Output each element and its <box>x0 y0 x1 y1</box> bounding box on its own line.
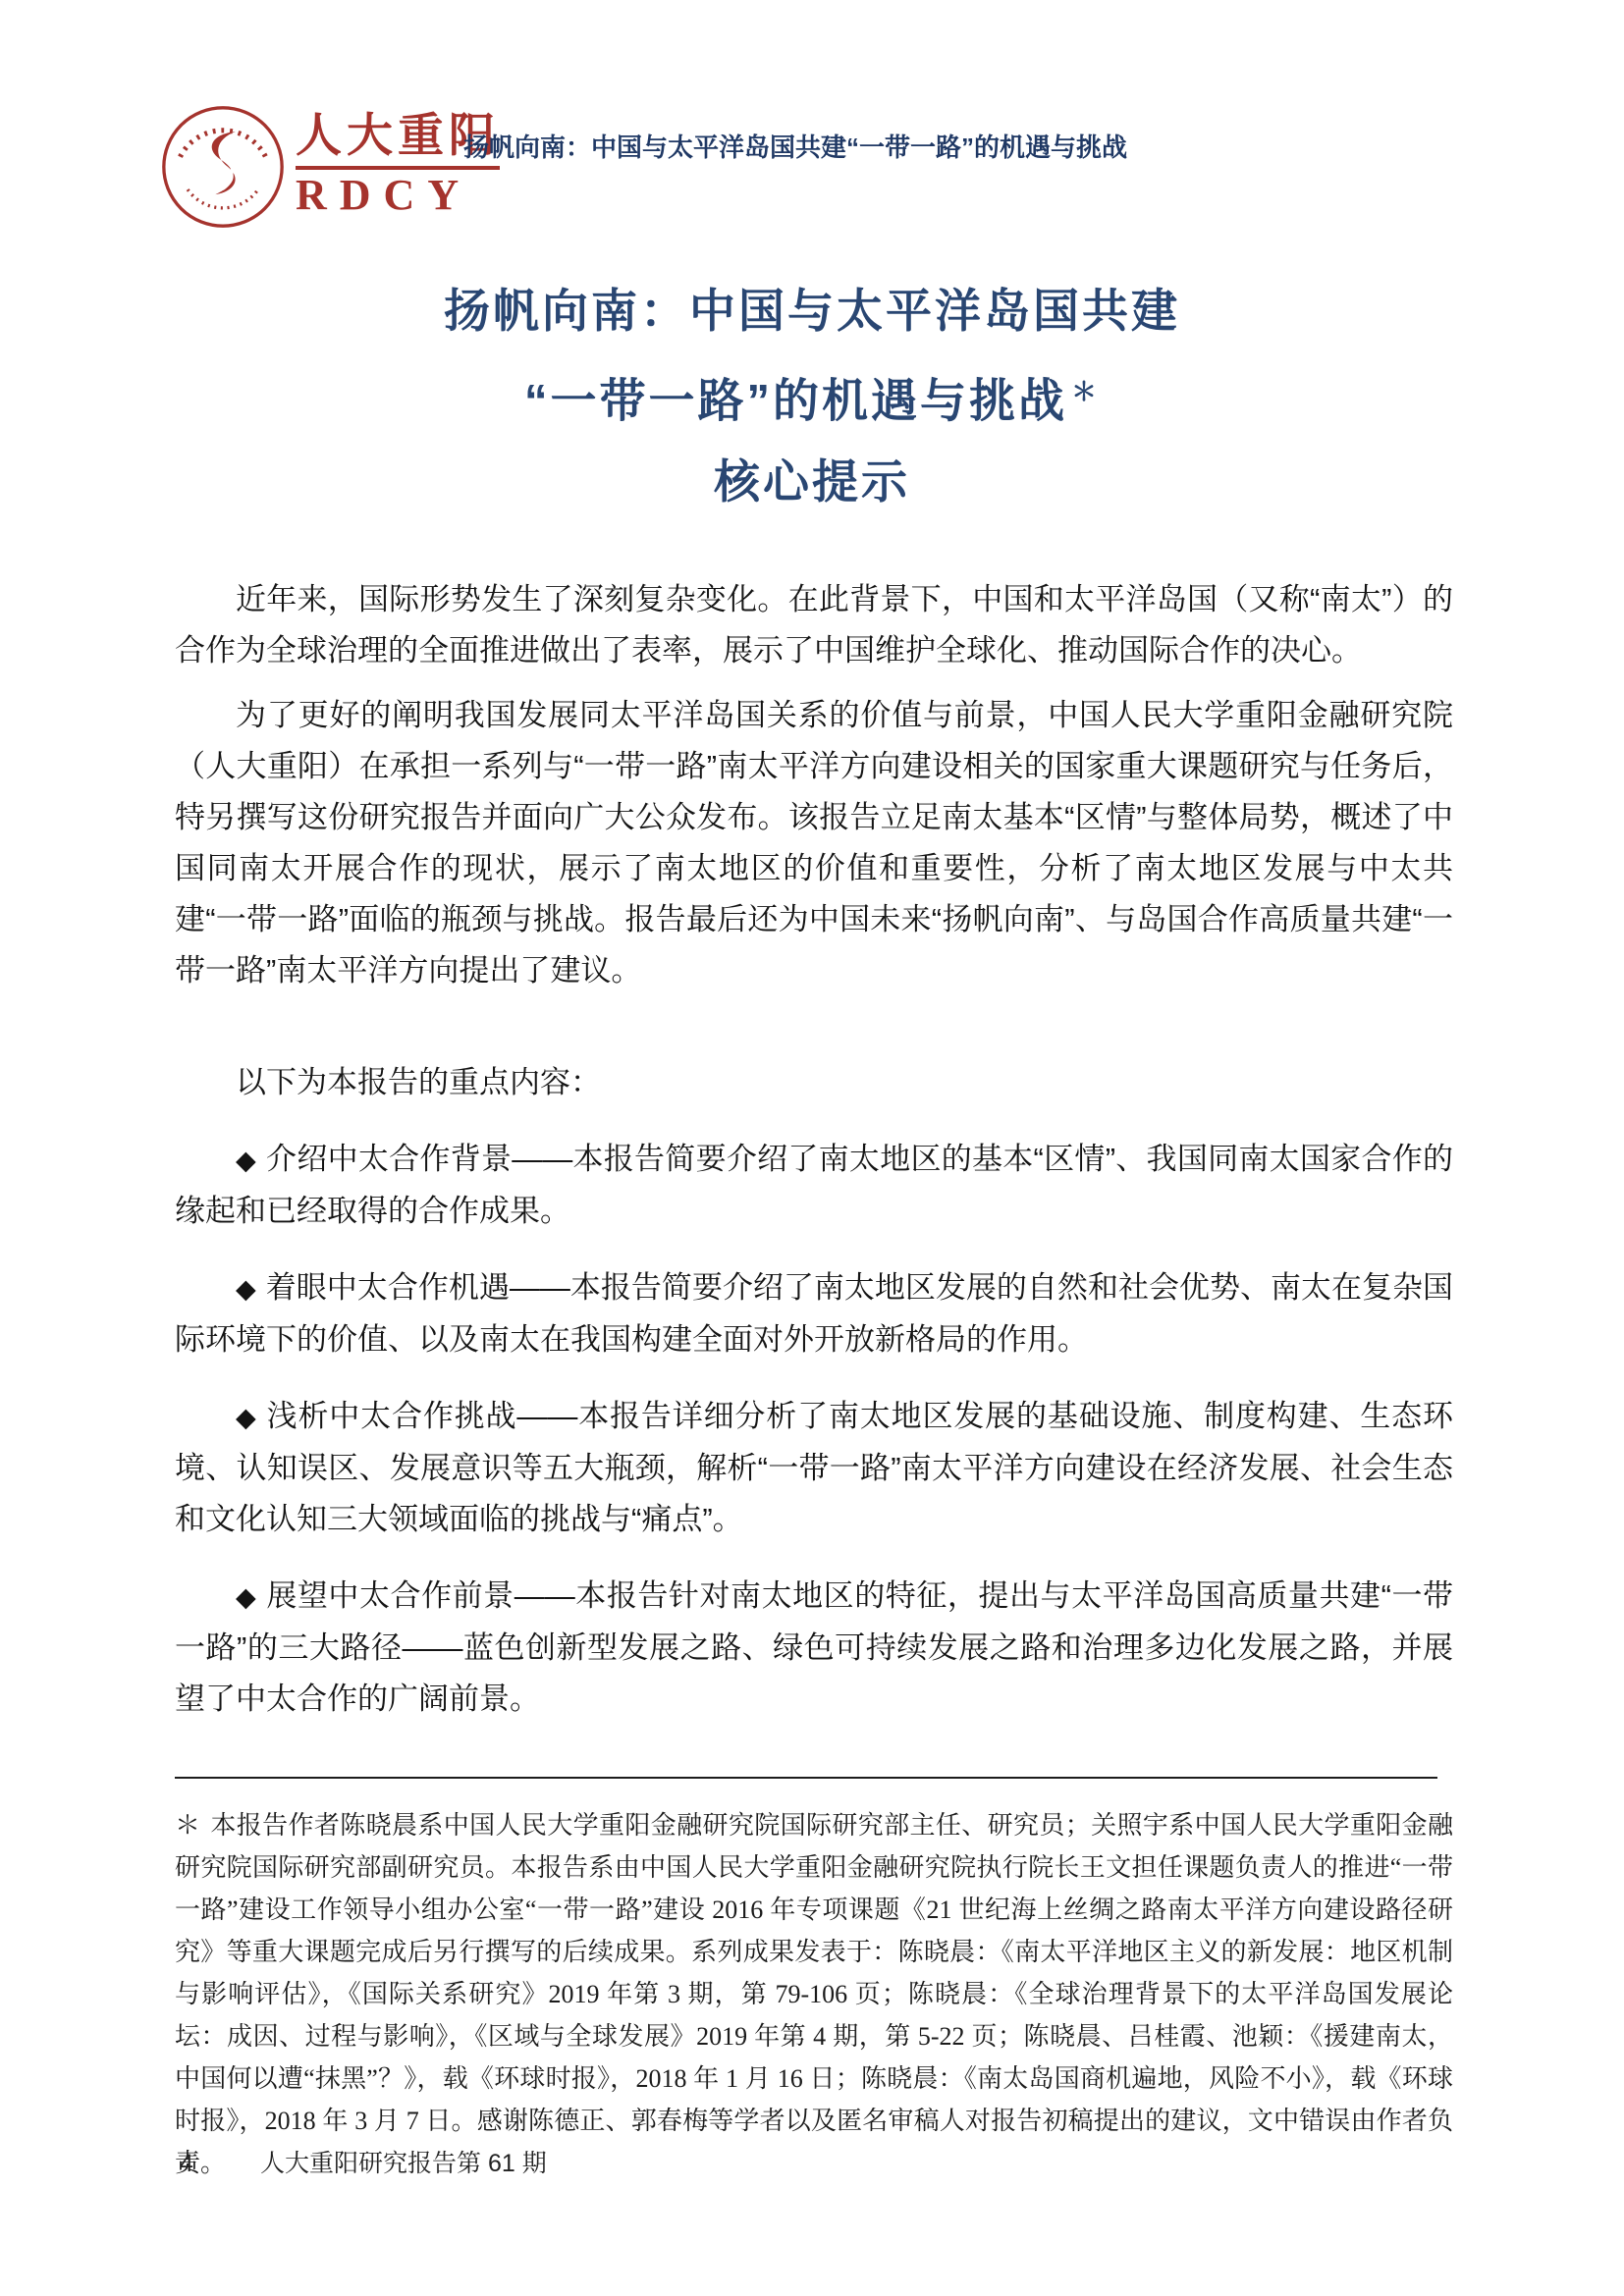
title-line-2-text: “一带一路”的机遇与挑战 <box>524 375 1067 427</box>
bullet-text-1: 介绍中太合作背景——本报告简要介绍了南太地区的基本“区情”、我国同南太国家合作的… <box>175 1142 1453 1228</box>
footnote-text: 本报告作者陈晓晨系中国人民大学重阳金融研究院国际研究部主任、研究员；关照宇系中国… <box>175 1811 1453 2177</box>
page-number: 4 <box>180 2150 260 2178</box>
bullet-diamond-icon: ◆ <box>236 1146 256 1175</box>
bullet-diamond-icon: ◆ <box>236 1274 256 1304</box>
brand-divider <box>296 166 500 170</box>
bullet-text-2: 着眼中太合作机遇——本报告简要介绍了南太地区发展的自然和社会优势、南太在复杂国际… <box>175 1270 1453 1357</box>
rdcy-seal-icon <box>160 104 286 230</box>
paragraph-2: 为了更好的阐明我国发展同太平洋岛国关系的价值与前景，中国人民大学重阳金融研究院（… <box>175 690 1453 996</box>
paragraph-1: 近年来，国际形势发生了深刻复杂变化。在此背景下，中国和太平洋岛国（又称“南太”）… <box>175 574 1453 676</box>
bullet-diamond-icon: ◆ <box>236 1582 256 1612</box>
title-line-3: 核心提示 <box>0 442 1624 522</box>
running-title: 扬帆向南：中国与太平洋岛国共建“一带一路”的机遇与挑战 <box>463 128 1127 164</box>
title-line-1: 扬帆向南：中国与太平洋岛国共建 <box>0 271 1624 351</box>
page-header: 人大重阳 RDCY <box>160 98 500 230</box>
bullet-item-3: ◆浅析中太合作挑战——本报告详细分析了南太地区发展的基础设施、制度构建、生态环境… <box>175 1391 1453 1545</box>
footnote: ＊本报告作者陈晓晨系中国人民大学重阳金融研究院国际研究部主任、研究员；关照宇系中… <box>175 1804 1453 2184</box>
rdcy-logo: 人大重阳 RDCY <box>160 98 500 230</box>
footnote-separator <box>175 1777 1437 1779</box>
report-page: 人大重阳 RDCY 扬帆向南：中国与太平洋岛国共建“一带一路”的机遇与挑战 扬帆… <box>0 0 1624 2296</box>
document-title: 扬帆向南：中国与太平洋岛国共建 “一带一路”的机遇与挑战＊ 核心提示 <box>0 271 1624 522</box>
bullet-text-4: 展望中太合作前景——本报告针对南太地区的特征，提出与太平洋岛国高质量共建“一带一… <box>175 1578 1453 1716</box>
brand-name-en: RDCY <box>296 172 500 219</box>
bullet-text-3: 浅析中太合作挑战——本报告详细分析了南太地区发展的基础设施、制度构建、生态环境、… <box>175 1399 1453 1536</box>
bullet-diamond-icon: ◆ <box>236 1403 257 1432</box>
title-footnote-asterisk: ＊ <box>1071 377 1100 406</box>
title-line-2: “一带一路”的机遇与挑战＊ <box>0 351 1624 442</box>
footnote-asterisk: ＊ <box>175 1811 200 1840</box>
bullet-item-4: ◆展望中太合作前景——本报告针对南太地区的特征，提出与太平洋岛国高质量共建“一带… <box>175 1571 1453 1725</box>
bullet-item-2: ◆着眼中太合作机遇——本报告简要介绍了南太地区发展的自然和社会优势、南太在复杂国… <box>175 1262 1453 1365</box>
lead-in-line: 以下为本报告的重点内容： <box>175 1057 1453 1108</box>
bullet-item-1: ◆介绍中太合作背景——本报告简要介绍了南太地区的基本“区情”、我国同南太国家合作… <box>175 1134 1453 1237</box>
report-body: 近年来，国际形势发生了深刻复杂变化。在此背景下，中国和太平洋岛国（又称“南太”）… <box>175 574 1453 1725</box>
page-footer: 4 人大重阳研究报告第 61 期 <box>180 2144 547 2179</box>
brand-block: 人大重阳 RDCY <box>296 110 500 219</box>
footer-text: 人大重阳研究报告第 61 期 <box>260 2144 547 2179</box>
